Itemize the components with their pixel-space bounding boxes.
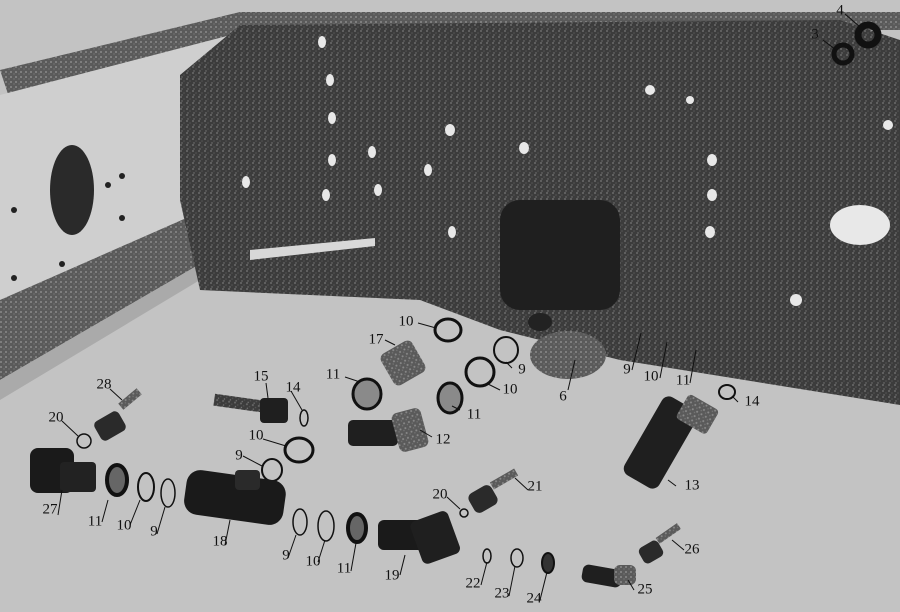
callout-9e: 9	[282, 549, 290, 564]
callout-27: 27	[43, 503, 58, 518]
callout-19: 19	[385, 569, 400, 584]
callout-9d: 9	[150, 525, 158, 540]
callout-20a: 20	[49, 411, 64, 426]
callout-4: 4	[836, 4, 844, 19]
parts-diagram	[0, 0, 900, 612]
callout-28: 28	[97, 378, 112, 393]
callout-20b: 20	[433, 488, 448, 503]
callout-9c: 9	[235, 449, 243, 464]
callout-11e: 11	[337, 562, 351, 577]
callout-10b: 10	[399, 315, 414, 330]
callout-11c: 11	[467, 408, 481, 423]
callout-14a: 14	[745, 395, 760, 410]
callout-10e: 10	[117, 519, 132, 534]
callout-10c: 10	[503, 383, 518, 398]
callout-10f: 10	[306, 555, 321, 570]
callout-26: 26	[685, 543, 700, 558]
callout-10a: 10	[644, 370, 659, 385]
callout-15: 15	[254, 370, 269, 385]
callout-12: 12	[436, 433, 451, 448]
callout-17: 17	[369, 333, 384, 348]
callout-14b: 14	[286, 381, 301, 396]
callout-10d: 10	[249, 429, 264, 444]
callout-25: 25	[638, 583, 653, 598]
callout-13: 13	[685, 479, 700, 494]
callout-11a: 11	[676, 374, 690, 389]
valve-housing	[180, 20, 900, 405]
callout-22: 22	[466, 577, 481, 592]
callout-23: 23	[495, 587, 510, 602]
callout-11b: 11	[326, 368, 340, 383]
callout-11d: 11	[88, 515, 102, 530]
callout-6: 6	[559, 390, 567, 405]
callout-18: 18	[213, 535, 228, 550]
callout-24: 24	[527, 592, 542, 607]
callout-9b: 9	[518, 363, 526, 378]
callout-3: 3	[811, 28, 819, 43]
callout-21: 21	[528, 480, 543, 495]
callout-9a: 9	[623, 363, 631, 378]
